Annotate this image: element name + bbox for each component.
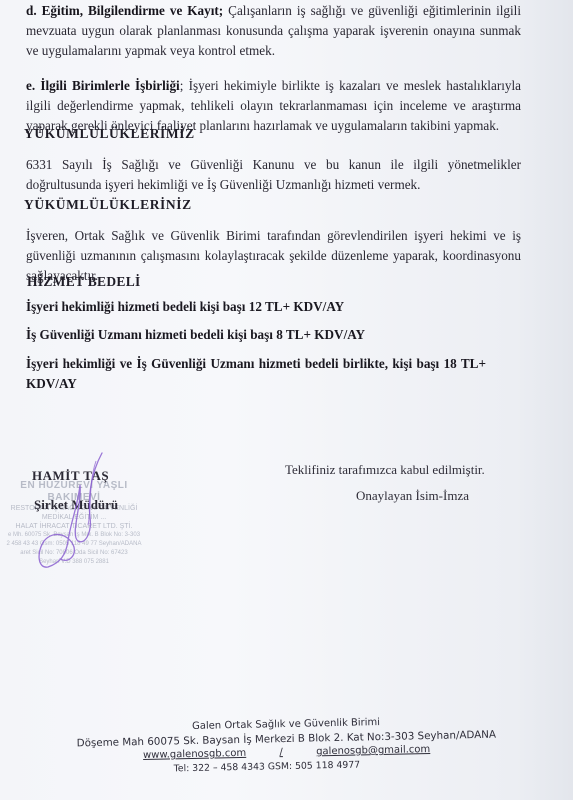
acceptance-statement: Teklifiniz tarafımızca kabul edilmiştir. <box>285 462 485 478</box>
fee-item-safety-expert: İş Güvenliği Uzmanı hizmeti bedeli kişi … <box>26 325 486 345</box>
website-link[interactable]: www.galenosgb.com <box>143 748 246 761</box>
obligations-ours-heading: YÜKÜMLÜLÜKLERİMİZ <box>24 126 195 142</box>
section-e-label: e. İlgili Birimlerle İşbirliği <box>26 78 180 93</box>
document-page: d. Eğitim, Bilgilendirme ve Kayıt; Çalış… <box>0 0 573 800</box>
email-link[interactable]: galenosgb@gmail.com <box>316 744 430 757</box>
service-fee-heading: HİZMET BEDELİ <box>27 274 141 290</box>
section-d-label: d. Eğitim, Bilgilendirme ve Kayıt; <box>26 3 223 18</box>
section-d-paragraph: d. Eğitim, Bilgilendirme ve Kayıt; Çalış… <box>26 1 521 61</box>
letterhead-footer: Galen Ortak Sağlık ve Güvenlik Birimi Dö… <box>0 712 573 780</box>
fee-item-doctor: İşyeri hekimliği hizmeti bedeli kişi baş… <box>26 297 486 317</box>
link-separator: / <box>246 745 316 760</box>
approval-signature-label: Onaylayan İsim-İmza <box>356 488 469 504</box>
obligations-yours-heading: YÜKÜMLÜLÜKLERİNİZ <box>24 197 192 213</box>
obligations-ours-text: 6331 Sayılı İş Sağlığı ve Güvenliği Kanu… <box>26 155 521 195</box>
handwritten-signature-icon <box>30 445 120 585</box>
fee-item-combined: İşyeri hekimliği ve İş Güvenliği Uzmanı … <box>26 354 486 394</box>
